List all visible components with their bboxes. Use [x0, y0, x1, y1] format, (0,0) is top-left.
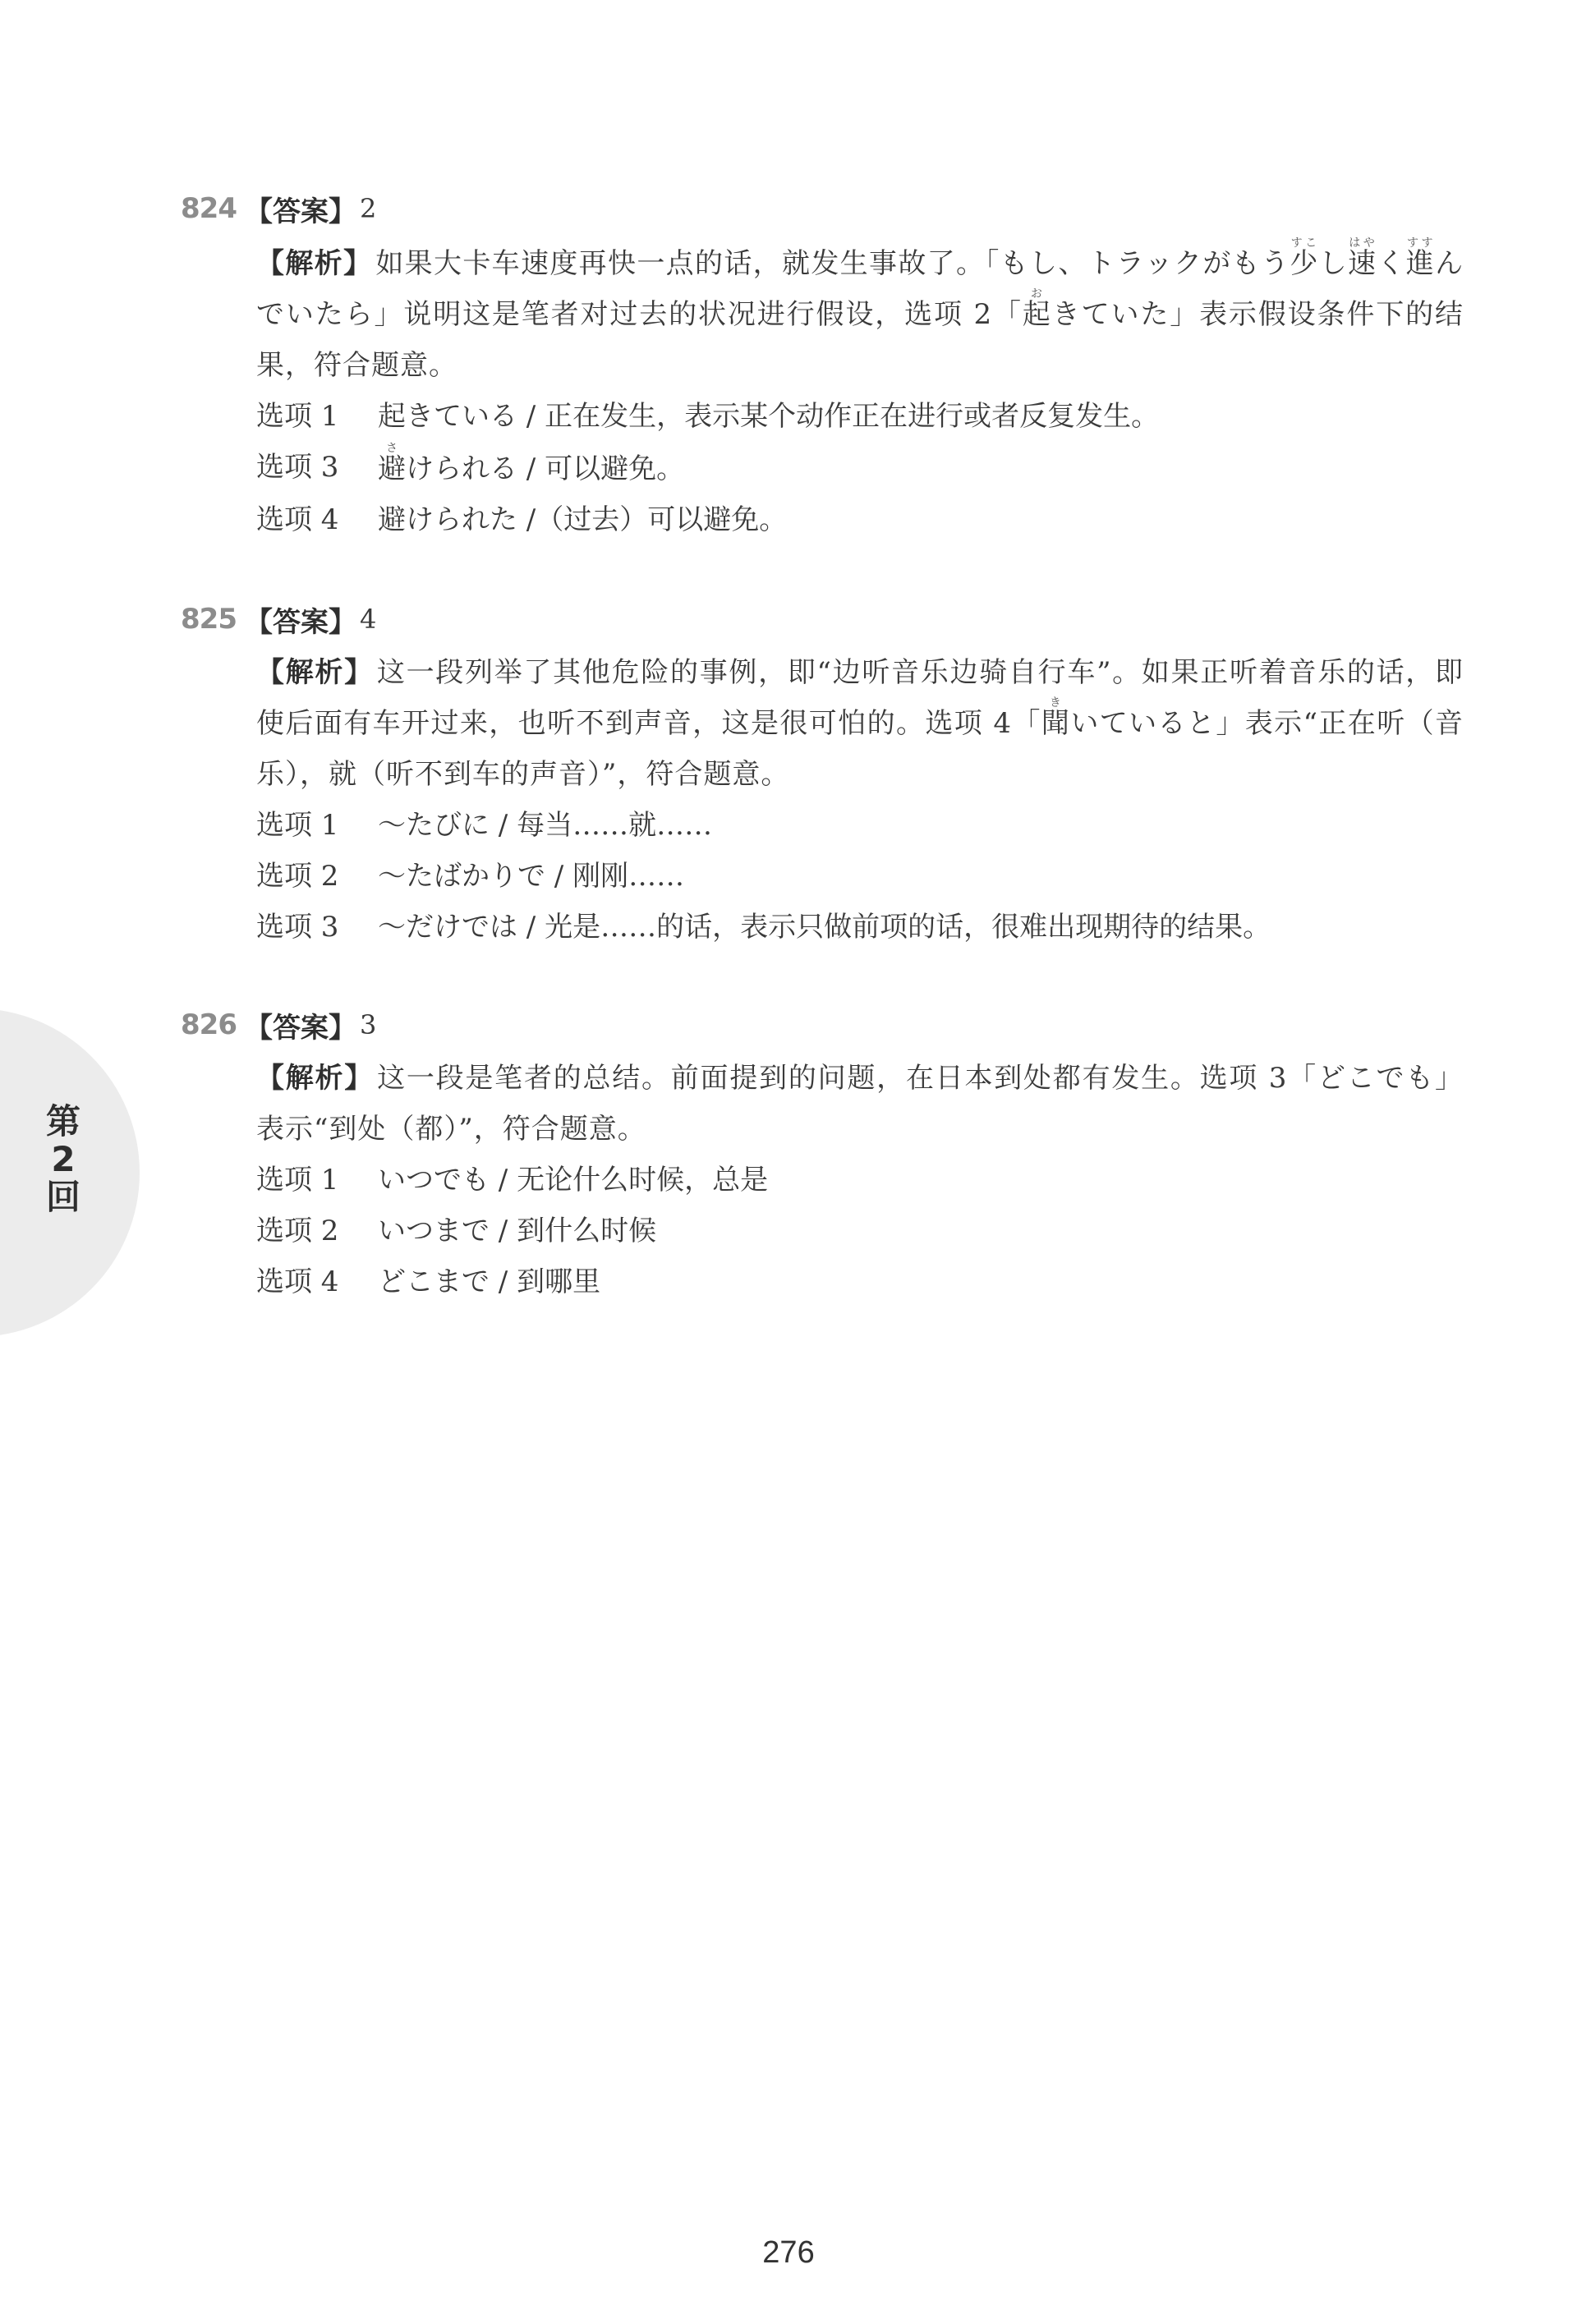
document-page: 第2回 824 【答案】 2 【解析】如果大卡车速度再快一点的话，就发生事故了。… [0, 0, 1577, 2324]
answer-entry-825: 825 【答案】 4 【解析】这一段列举了其他危险的事例，即“边听音乐边骑自行车… [181, 595, 1478, 953]
option-name: 选项 4 [256, 494, 378, 545]
option-name: 选项 3 [256, 442, 378, 494]
option-line: 选项 3 避さけられる / 可以避免。 [256, 442, 1464, 494]
option-line: 选项 4 どこまで / 到哪里 [256, 1256, 1464, 1307]
furigana: 進すす [1406, 247, 1435, 280]
furigana: 起お [1023, 298, 1052, 331]
question-number: 824 [181, 192, 245, 225]
entry-header: 825 【答案】 4 [181, 595, 1478, 644]
analysis-text: し [1319, 247, 1348, 280]
analysis-paragraph: 【解析】如果大卡车速度再快一点的话，就发生事故了。「もし、トラックがもう少すこし… [256, 237, 1464, 391]
analysis-paragraph: 【解析】这一段是笔者的总结。前面提到的问题，在日本到处都有发生。选项 3「どこで… [256, 1053, 1464, 1155]
page-number: 276 [0, 2235, 1577, 2271]
option-text: いつまで / 到什么时候 [378, 1206, 656, 1256]
entry-header: 824 【答案】 2 [181, 184, 1478, 233]
chapter-tab-label: 第2回 [43, 1103, 84, 1216]
answer-value: 2 [360, 193, 376, 224]
option-name: 选项 2 [256, 851, 378, 902]
furigana: 速はや [1348, 247, 1377, 280]
option-text: ～たばかりで / 刚刚…… [378, 851, 684, 902]
answer-label: 【答案】 [245, 599, 356, 640]
option-line: 选项 1 起きている / 正在发生，表示某个动作正在进行或者反复发生。 [256, 391, 1464, 442]
analysis-text: 这一段是笔者的总结。前面提到的问题，在日本到处都有发生。选项 3「どこでも」表示… [256, 1062, 1464, 1146]
option-name: 选项 4 [256, 1256, 378, 1307]
answer-entry-824: 824 【答案】 2 【解析】如果大卡车速度再快一点的话，就发生事故了。「もし、… [181, 184, 1478, 545]
answer-label: 【答案】 [245, 189, 356, 229]
option-line: 选项 1 ～たびに / 每当……就…… [256, 800, 1464, 851]
option-text: いつでも / 无论什么时候，总是 [378, 1155, 768, 1206]
furigana: 少すこ [1290, 247, 1318, 280]
answer-value: 4 [360, 604, 376, 635]
analysis-paragraph: 【解析】这一段列举了其他危险的事例，即“边听音乐边骑自行车”。如果正听着音乐的话… [256, 647, 1464, 800]
option-text: ～だけでは / 光是……的话，表示只做前项的话，很难出现期待的结果。 [378, 902, 1271, 953]
answer-label: 【答案】 [245, 1005, 356, 1045]
option-line: 选项 2 いつまで / 到什么时候 [256, 1206, 1464, 1256]
option-name: 选项 1 [256, 391, 378, 442]
option-name: 选项 1 [256, 800, 378, 851]
analysis-block: 【解析】如果大卡车速度再快一点的话，就发生事故了。「もし、トラックがもう少すこし… [256, 237, 1464, 545]
entry-header: 826 【答案】 3 [181, 1000, 1478, 1049]
option-name: 选项 2 [256, 1206, 378, 1256]
option-name: 选项 1 [256, 1155, 378, 1206]
furigana: 避さ [378, 452, 406, 485]
analysis-block: 【解析】这一段是笔者的总结。前面提到的问题，在日本到处都有发生。选项 3「どこで… [256, 1053, 1464, 1307]
answer-entry-826: 826 【答案】 3 【解析】这一段是笔者的总结。前面提到的问题，在日本到处都有… [181, 1000, 1478, 1307]
option-line: 选项 1 いつでも / 无论什么时候，总是 [256, 1155, 1464, 1206]
analysis-text: 如果大卡车速度再快一点的话，就发生事故了。「もし、トラックがもう [375, 247, 1290, 280]
option-text: 避けられた /（过去）可以避免。 [378, 494, 787, 545]
option-text: ～たびに / 每当……就…… [378, 800, 712, 851]
analysis-label: 【解析】 [256, 656, 374, 689]
option-text: 避さけられる / 可以避免。 [378, 442, 684, 494]
option-line: 选项 3 ～だけでは / 光是……的话，表示只做前项的话，很难出现期待的结果。 [256, 902, 1464, 953]
analysis-label: 【解析】 [256, 1062, 374, 1095]
answer-value: 3 [360, 1009, 376, 1040]
option-text: 起きている / 正在发生，表示某个动作正在进行或者反复发生。 [378, 391, 1159, 442]
option-line: 选项 4 避けられた /（过去）可以避免。 [256, 494, 1464, 545]
furigana: 聞き [1041, 707, 1070, 740]
analysis-block: 【解析】这一段列举了其他危险的事例，即“边听音乐边骑自行车”。如果正听着音乐的话… [256, 647, 1464, 953]
option-line: 选项 2 ～たばかりで / 刚刚…… [256, 851, 1464, 902]
analysis-label: 【解析】 [256, 247, 372, 280]
question-number: 825 [181, 603, 245, 636]
analysis-text: く [1377, 247, 1405, 280]
option-text: どこまで / 到哪里 [378, 1256, 600, 1307]
question-number: 826 [181, 1008, 245, 1041]
option-name: 选项 3 [256, 902, 378, 953]
